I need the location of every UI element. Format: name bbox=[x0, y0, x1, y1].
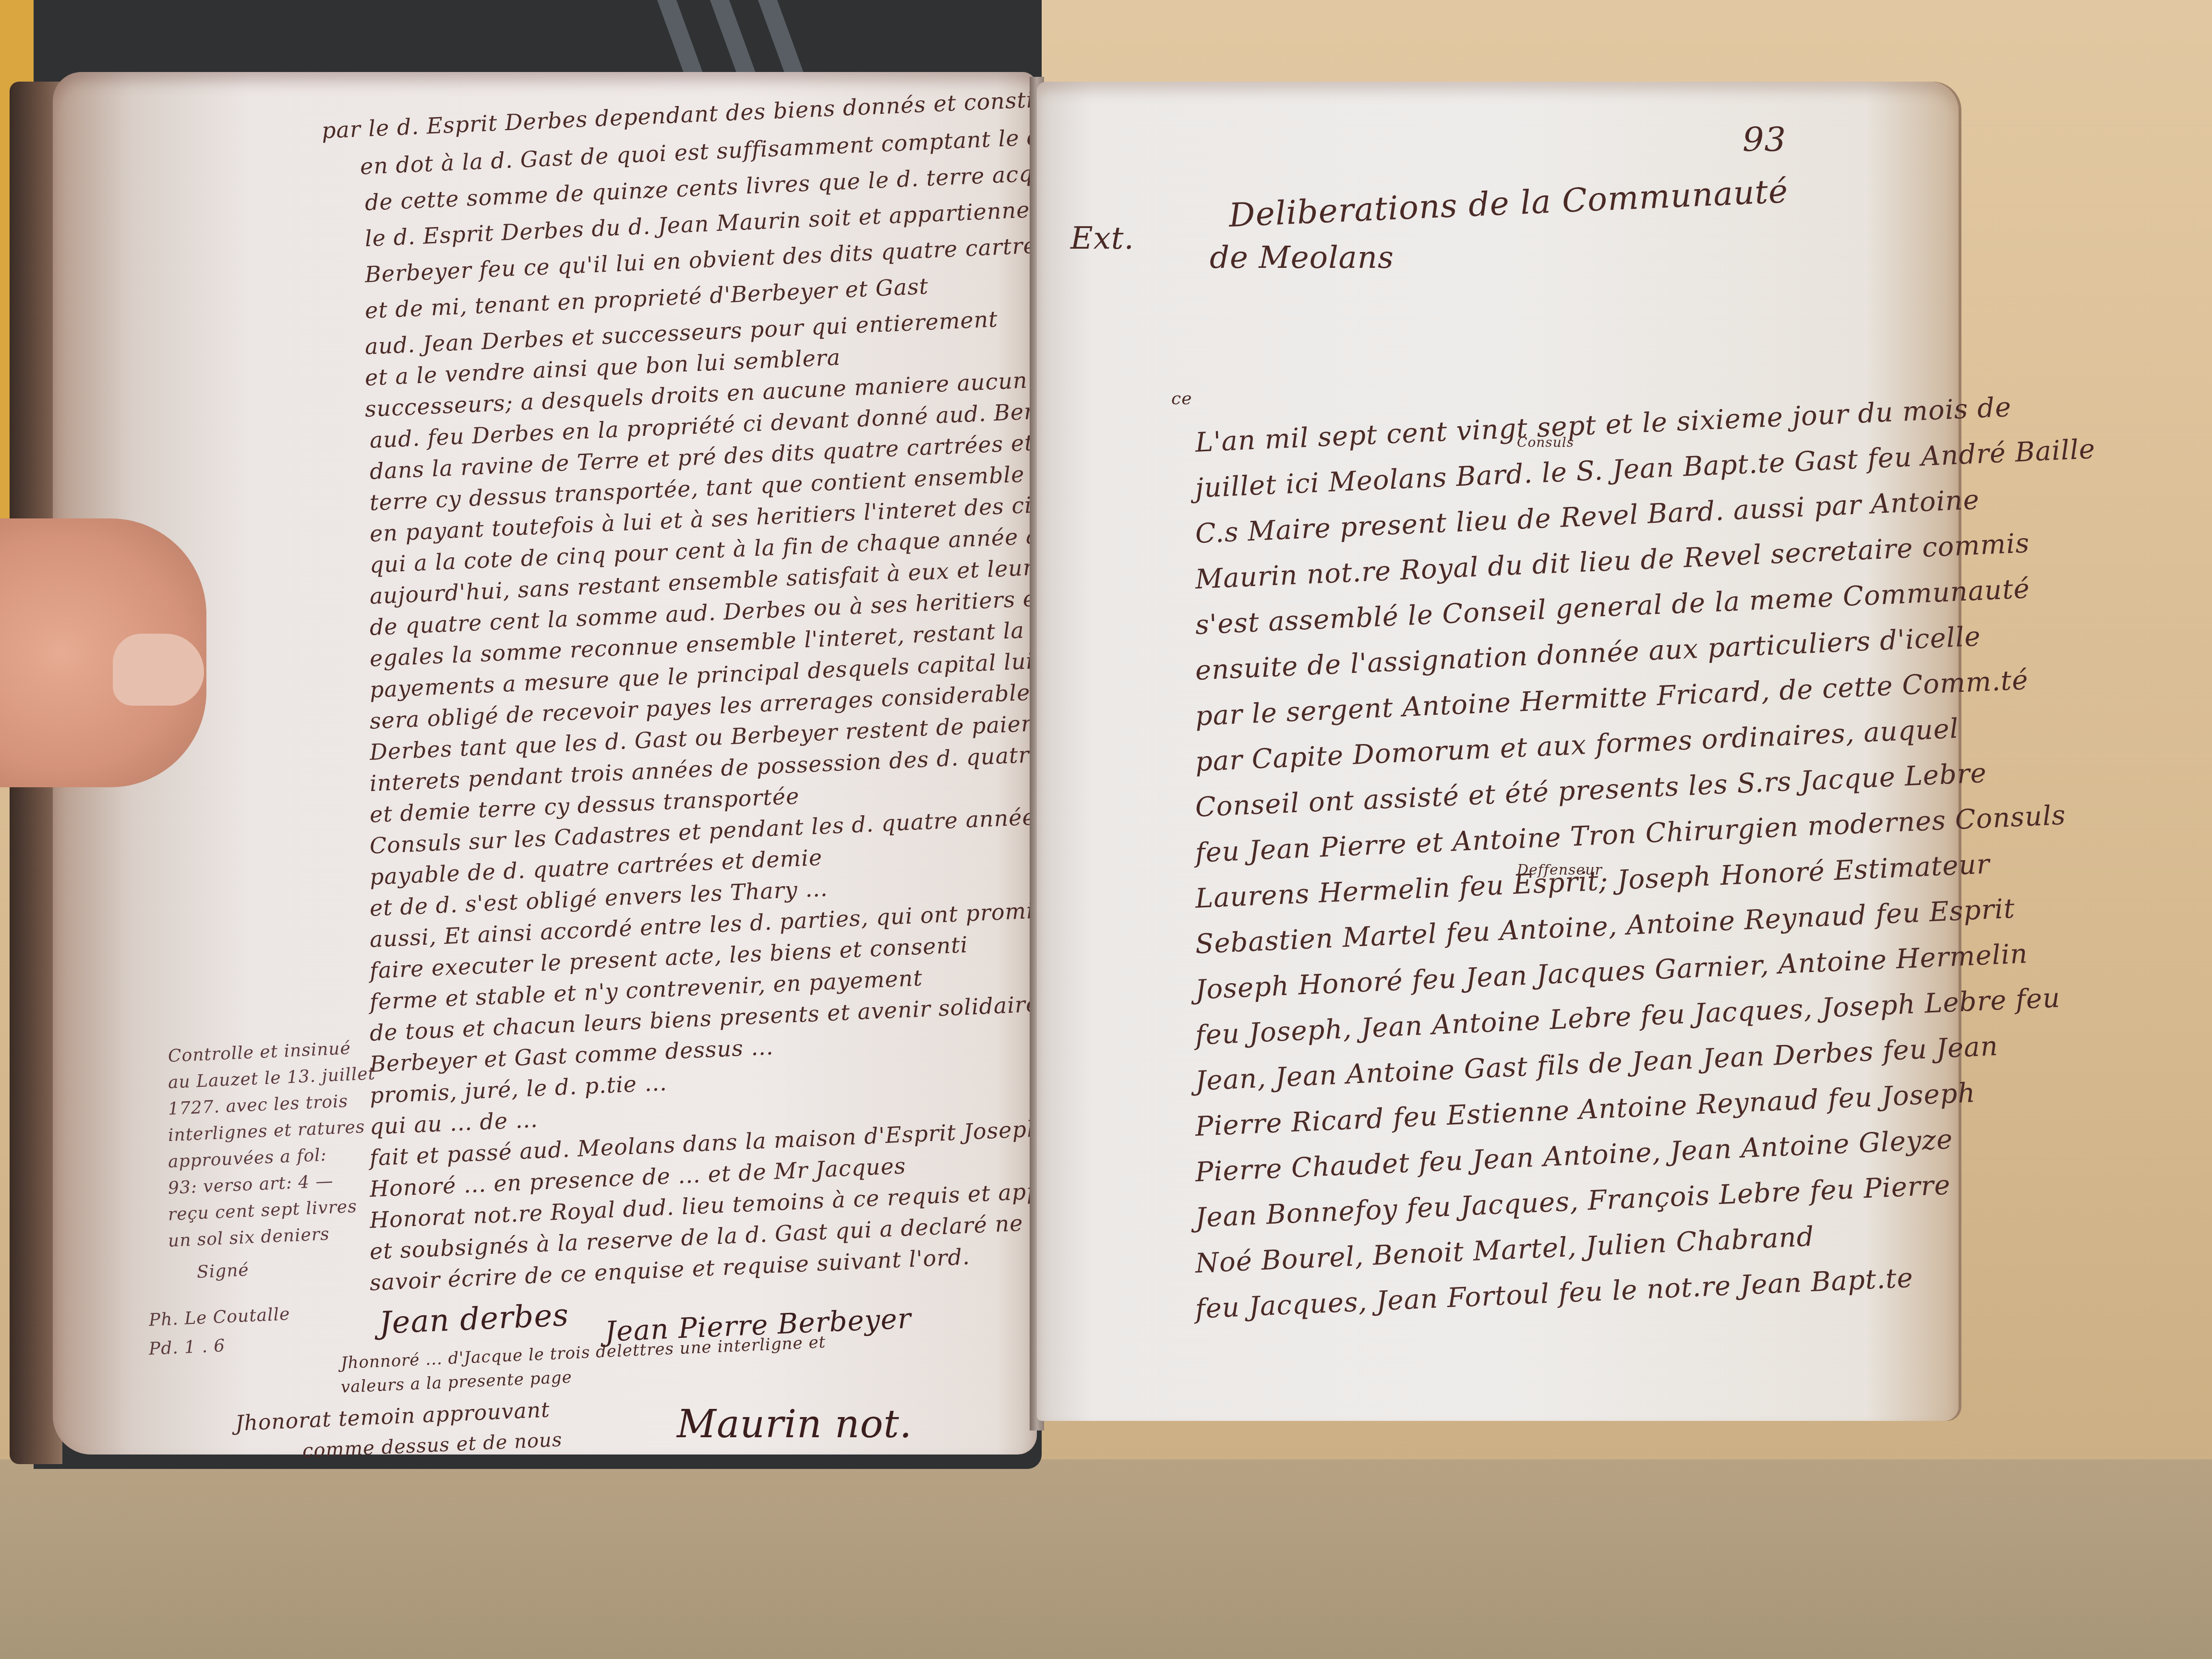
margin-note-line: reçu cent sept livres bbox=[168, 1197, 357, 1225]
margin-note-line: Controlle et insinué bbox=[168, 1038, 351, 1066]
margin-note-line: Ph. Le Coutalle bbox=[148, 1304, 290, 1330]
text-line: promis, juré, le d. p.tie ... bbox=[369, 1070, 668, 1108]
right-page: 93 Ext. Deliberations de la Communauté d… bbox=[1037, 82, 1959, 1421]
margin-note-line: Pd. 1 . 6 bbox=[148, 1336, 226, 1359]
signature-honorat: Jhonorat temoin approuvant bbox=[235, 1397, 551, 1436]
approval-note: valeurs a la presente page bbox=[340, 1368, 572, 1397]
margin-note-line: un sol six deniers bbox=[168, 1224, 330, 1251]
table-foreground bbox=[0, 1459, 2212, 1659]
text-line: qui au ... de ... bbox=[369, 1106, 539, 1140]
margin-note-line: Signé bbox=[196, 1260, 249, 1282]
interlinear-note: Deffenseur bbox=[1517, 862, 1602, 878]
folio-number: 93 bbox=[1743, 120, 1786, 159]
margin-mark-extrait: Ext. bbox=[1070, 221, 1134, 256]
margin-note-line: interlignes et ratures bbox=[168, 1117, 365, 1145]
signature-maurin-notaire: Maurin not. bbox=[677, 1402, 912, 1446]
margin-note-line: au Lauzet le 13. juillet bbox=[168, 1064, 376, 1093]
margin-note-line: 1727. avec les trois bbox=[168, 1092, 349, 1119]
interlinear-note: Consuls bbox=[1517, 434, 1574, 450]
register-heading-place: de Meolans bbox=[1210, 240, 1394, 276]
thumbnail bbox=[113, 634, 204, 706]
side-mark: ce bbox=[1171, 389, 1192, 409]
signature-jean-derbes: Jean derbes bbox=[378, 1298, 569, 1341]
margin-note-line: 93: verso art: 4 — bbox=[168, 1171, 334, 1198]
register-heading: Deliberations de la Communauté bbox=[1228, 172, 1789, 235]
margin-note-line: approuvées a fol: bbox=[168, 1145, 327, 1172]
left-page: par le d. Esprit Derbes dependant des bi… bbox=[53, 72, 1037, 1455]
